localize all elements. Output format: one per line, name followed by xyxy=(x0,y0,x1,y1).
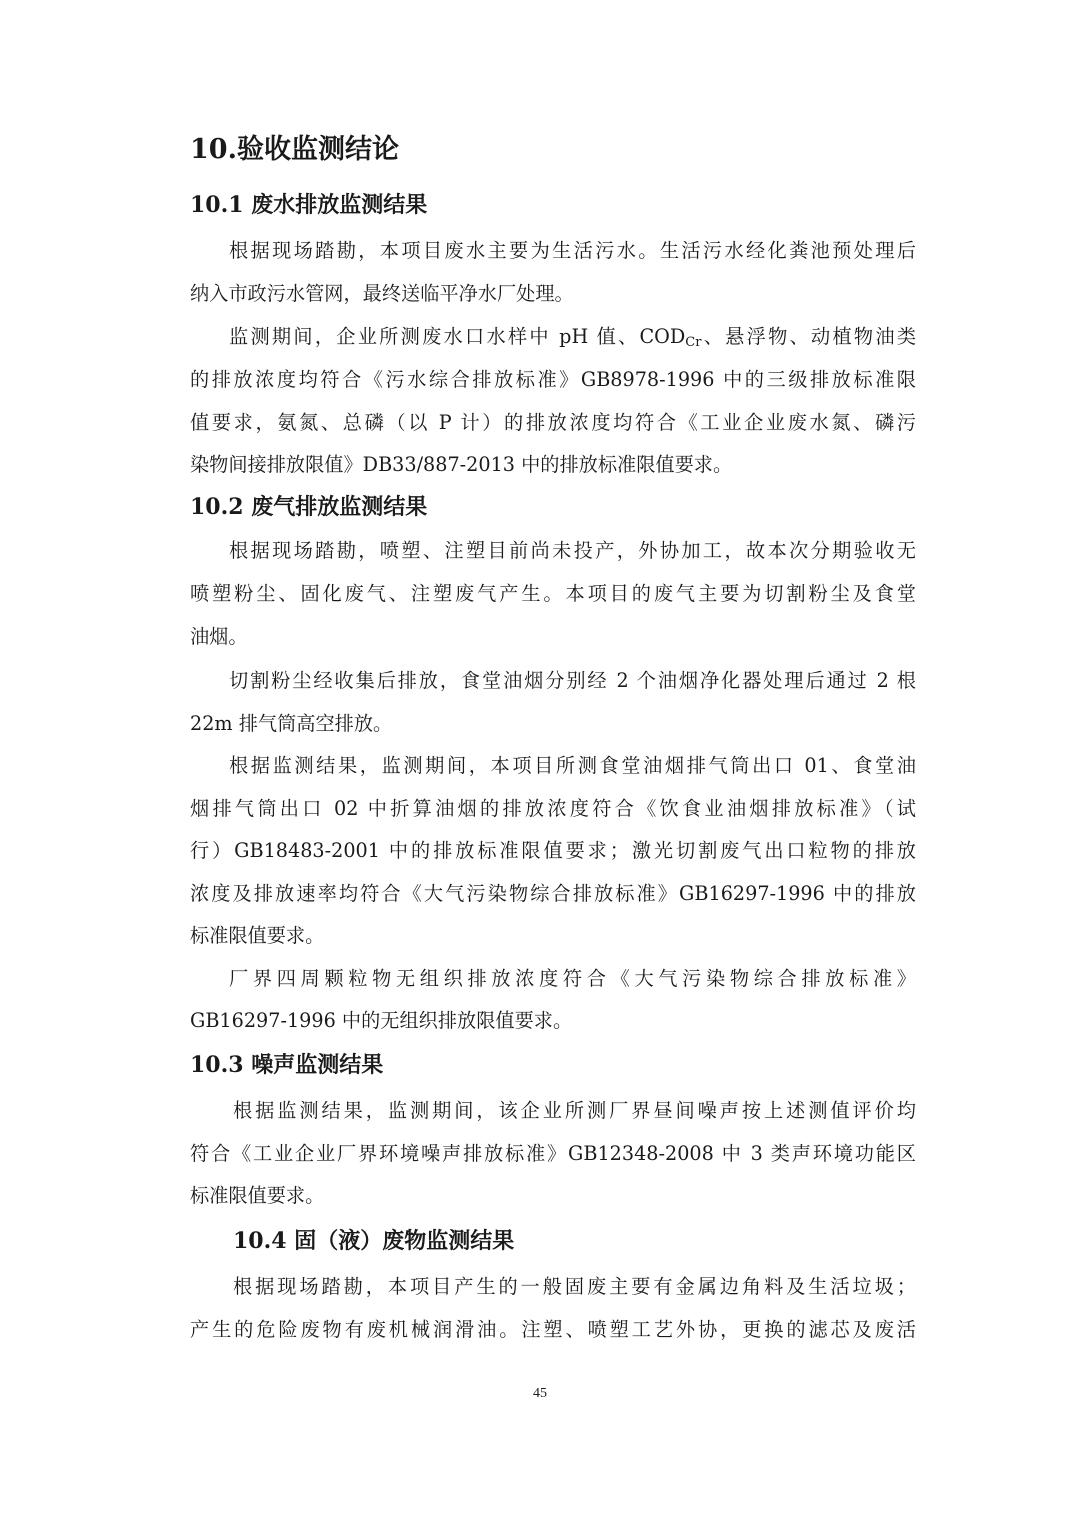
paragraph-line: 油烟。 xyxy=(190,624,916,650)
paragraph-line: 烟排气筒出口 02 中折算油烟的排放浓度符合《饮食业油烟排放标准》（试 xyxy=(190,796,916,822)
paragraph-line: 染物间接排放限值》DB33/887-2013 中的排放标准限值要求。 xyxy=(190,452,916,478)
cod-subscript: Cr xyxy=(685,335,701,350)
cod-text: 监测期间，企业所测废水口水样中 pH 值、COD xyxy=(229,325,685,348)
paragraph-line: 根据监测结果，监测期间，本项目所测食堂油烟排气筒出口 01、食堂油 xyxy=(229,753,916,779)
section-heading-10-1: 10.1 废水排放监测结果 xyxy=(190,191,427,219)
paragraph-line: GB16297-1996 中的无组织排放限值要求。 xyxy=(190,1008,916,1034)
paragraph-line: 22m 排气筒高空排放。 xyxy=(190,711,916,737)
paragraph-line: 行）GB18483-2001 中的排放标准限值要求；激光切割废气出口粒物的排放 xyxy=(190,838,916,864)
paragraph-line: 值要求，氨氮、总磷（以 P 计）的排放浓度均符合《工业企业废水氮、磷污 xyxy=(190,410,916,436)
paragraph-line: 标准限值要求。 xyxy=(190,923,916,949)
paragraph-line: 切割粉尘经收集后排放，食堂油烟分别经 2 个油烟净化器处理后通过 2 根 xyxy=(229,668,916,694)
paragraph-line: 根据现场踏勘，本项目废水主要为生活污水。生活污水经化粪池预处理后 xyxy=(229,238,916,264)
paragraph-line: 浓度及排放速率均符合《大气污染物综合排放标准》GB16297-1996 中的排放 xyxy=(190,881,916,907)
paragraph-line: 厂界四周颗粒物无组织排放浓度符合《大气污染物综合排放标准》 xyxy=(229,966,916,992)
paragraph-line: 的排放浓度均符合《污水综合排放标准》GB8978-1996 中的三级排放标准限 xyxy=(190,367,916,393)
page-number: 45 xyxy=(0,1386,1080,1402)
paragraph-line: 根据现场踏勘，本项目产生的一般固废主要有金属边角料及生活垃圾； xyxy=(233,1274,916,1300)
cod-tail: 、悬浮物、动植物油类 xyxy=(701,325,916,348)
section-heading-10-3: 10.3 噪声监测结果 xyxy=(190,1051,383,1079)
section-heading-10-2: 10.2 废气排放监测结果 xyxy=(190,493,427,521)
paragraph-line: 产生的危险废物有废机械润滑油。注塑、喷塑工艺外协，更换的滤芯及废活 xyxy=(190,1317,916,1343)
paragraph-line: 标准限值要求。 xyxy=(190,1183,916,1209)
section-heading-10-4: 10.4 固（液）废物监测结果 xyxy=(233,1227,514,1255)
paragraph-line-cod: 监测期间，企业所测废水口水样中 pH 值、CODCr、悬浮物、动植物油类 xyxy=(229,324,916,356)
paragraph-line: 根据监测结果，监测期间，该企业所测厂界昼间噪声按上述测值评价均 xyxy=(233,1098,916,1124)
paragraph-line: 根据现场踏勘，喷塑、注塑目前尚未投产，外协加工，故本次分期验收无 xyxy=(229,538,916,564)
paragraph-line: 纳入市政污水管网，最终送临平净水厂处理。 xyxy=(190,281,916,307)
chapter-title: 10.验收监测结论 xyxy=(190,134,399,166)
paragraph-line: 喷塑粉尘、固化废气、注塑废气产生。本项目的废气主要为切割粉尘及食堂 xyxy=(190,581,916,607)
paragraph-line: 符合《工业企业厂界环境噪声排放标准》GB12348-2008 中 3 类声环境功… xyxy=(190,1141,916,1167)
